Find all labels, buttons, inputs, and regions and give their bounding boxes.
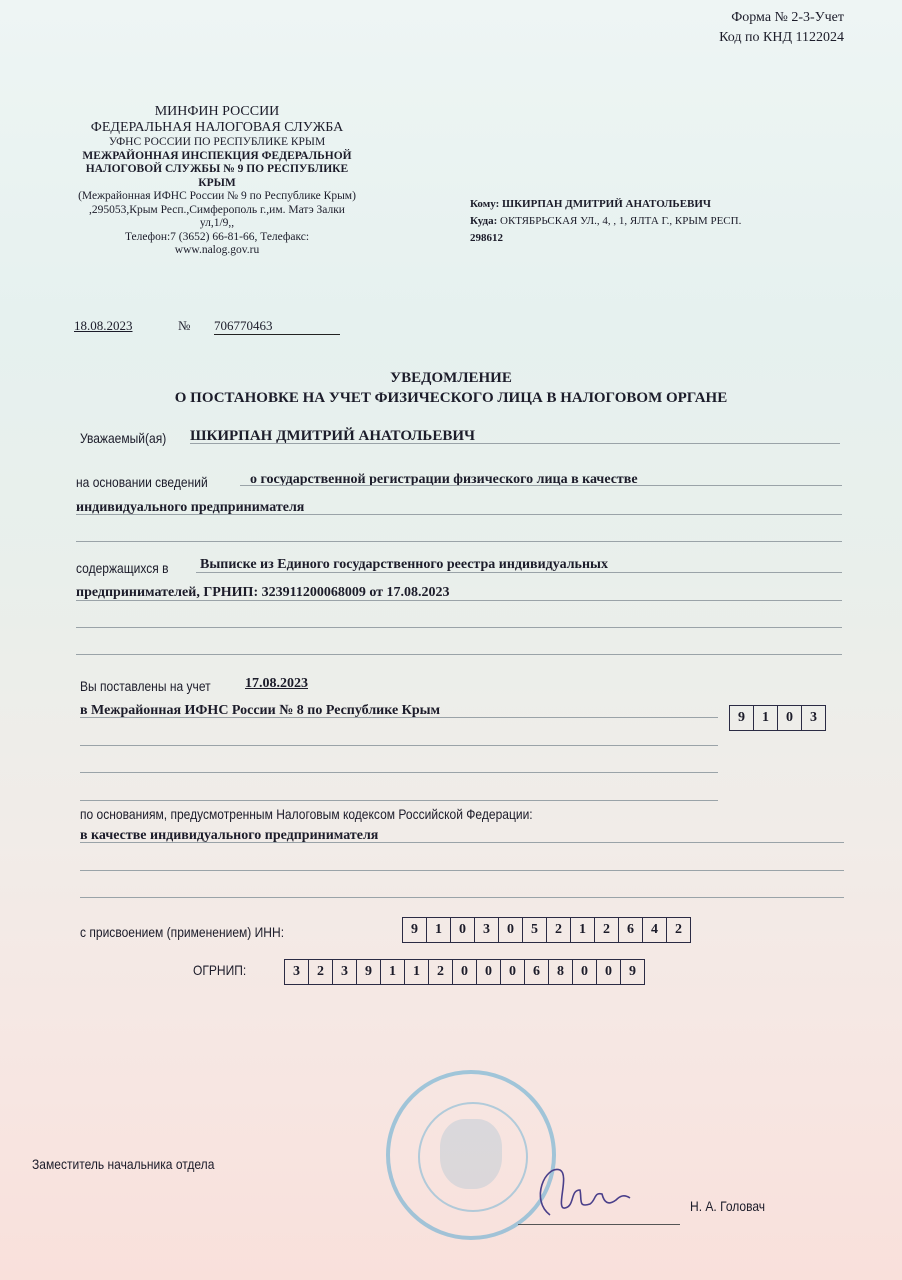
underline [80,717,718,718]
greeting-row: Уважаемый(ая) [80,430,180,448]
underline [80,897,844,898]
ogrnip-digit: 9 [357,960,381,984]
form-number: Форма № 2-3-Учет [719,8,844,28]
underline [76,654,842,655]
recipient-address: ОКТЯБРЬСКАЯ УЛ., 4, , 1, ЯЛТА Г., КРЫМ Р… [500,215,741,227]
ogrnip-digit: 3 [333,960,357,984]
underline [80,800,718,801]
source-value-2: предпринимателей, ГРНИП: 323911200068009… [76,585,450,601]
inn-digit: 4 [643,918,667,942]
issuer-inspection-1: МЕЖРАЙОННАЯ ИНСПЕКЦИЯ ФЕДЕРАЛЬНОЙ [62,150,372,164]
inn-digit: 0 [499,918,523,942]
issuer-inspection-3: КРЫМ [62,177,372,191]
inn-digit: 2 [667,918,690,942]
title-line-2: О ПОСТАНОВКЕ НА УЧЕТ ФИЗИЧЕСКОГО ЛИЦА В … [0,388,902,408]
underline [80,842,844,843]
authority-code-digit: 0 [778,706,802,730]
authority-code-digit: 3 [802,706,825,730]
grounds-label: по основаниям, предусмотренным Налоговым… [80,806,533,822]
underline [76,541,842,542]
knd-code: Код по КНД 1122024 [719,28,844,48]
underline [76,600,842,601]
signatory-position: Заместитель начальника отдела [32,1156,214,1172]
inn-digit: 1 [427,918,451,942]
ogrnip-digit: 0 [597,960,621,984]
underline [76,514,842,515]
issuer-block: МИНФИН РОССИИ ФЕДЕРАЛЬНАЯ НАЛОГОВАЯ СЛУЖ… [62,104,372,258]
ogrnip-digit: 3 [285,960,309,984]
signature-line [518,1224,680,1225]
inn-digit: 5 [523,918,547,942]
source-value-1: Выписке из Единого государственного реес… [200,557,608,573]
ogrnip-digit: 1 [405,960,429,984]
ogrnip-digit: 2 [429,960,453,984]
inn-digit: 2 [595,918,619,942]
signatory-name: Н. А. Головач [690,1198,765,1214]
inn-digit: 3 [475,918,499,942]
coat-of-arms-icon [440,1119,502,1189]
document-title: УВЕДОМЛЕНИЕ О ПОСТАНОВКЕ НА УЧЕТ ФИЗИЧЕС… [0,368,902,408]
inn-label: с присвоением (применением) ИНН: [80,924,284,940]
title-line-1: УВЕДОМЛЕНИЕ [390,370,512,386]
ogrnip-digit: 0 [453,960,477,984]
basis-label: на основании сведений [76,474,208,490]
greeting-label: Уважаемый(ая) [80,430,166,446]
ogrnip-digit: 1 [381,960,405,984]
recipient-to-label: Кому: [470,198,499,210]
inn-digit: 1 [571,918,595,942]
number-symbol: № [178,318,190,334]
ogrnip-label: ОГРНИП: [193,962,246,978]
authority-code-boxes: 9103 [729,705,826,731]
issuer-inspection-2: НАЛОГОВОЙ СЛУЖБЫ № 9 ПО РЕСПУБЛИКЕ [62,163,372,177]
issuer-phone: Телефон:7 (3652) 66-81-66, Телефакс: [62,231,372,245]
ogrnip-digit: 8 [549,960,573,984]
document-number: 706770463 [214,318,340,335]
recipient-postal-code: 298612 [470,232,503,244]
issuer-ministry: МИНФИН РОССИИ [62,104,372,120]
ogrnip-digit: 6 [525,960,549,984]
underline [80,870,844,871]
inn-digit: 6 [619,918,643,942]
ogrnip-digit: 0 [573,960,597,984]
issuer-website: www.nalog.gov.ru [62,244,372,258]
underline [240,485,842,486]
underline [76,627,842,628]
authority-code-digit: 1 [754,706,778,730]
issuer-department: УФНС РОССИИ ПО РЕСПУБЛИКЕ КРЫМ [62,136,372,150]
ogrnip-digit: 9 [621,960,644,984]
authority-code-digit: 9 [730,706,754,730]
underline [80,772,718,773]
inn-boxes: 910305212642 [402,917,691,943]
issuer-address-2: ул,1/9,, [62,217,372,231]
underline [190,443,840,444]
document-date: 18.08.2023 [74,318,133,333]
ogrnip-digit: 0 [501,960,525,984]
recipient-name: ШКИРПАН ДМИТРИЙ АНАТОЛЬЕВИЧ [502,198,711,210]
issuer-short-name: (Межрайонная ИФНС России № 9 по Республи… [62,190,372,204]
document-date-number: 18.08.2023 № 706770463 [74,318,133,334]
underline [196,572,842,573]
recipient-address-label: Куда: [470,215,497,227]
issuer-service: ФЕДЕРАЛЬНАЯ НАЛОГОВАЯ СЛУЖБА [62,120,372,136]
source-label: содержащихся в [76,560,169,576]
inn-digit: 9 [403,918,427,942]
registered-date: 17.08.2023 [245,676,308,692]
form-meta: Форма № 2-3-Учет Код по КНД 1122024 [719,8,844,48]
ogrnip-digit: 0 [477,960,501,984]
inn-digit: 2 [547,918,571,942]
underline [80,745,718,746]
ogrnip-boxes: 323911200068009 [284,959,645,985]
ogrnip-digit: 2 [309,960,333,984]
recipient-block: Кому: ШКИРПАН ДМИТРИЙ АНАТОЛЬЕВИЧ Куда: … [470,196,741,247]
issuer-address-1: ,295053,Крым Респ.,Симферополь г.,им. Ма… [62,204,372,218]
inn-digit: 0 [451,918,475,942]
registered-label: Вы поставлены на учет [80,678,211,694]
signature-icon [520,1160,670,1230]
